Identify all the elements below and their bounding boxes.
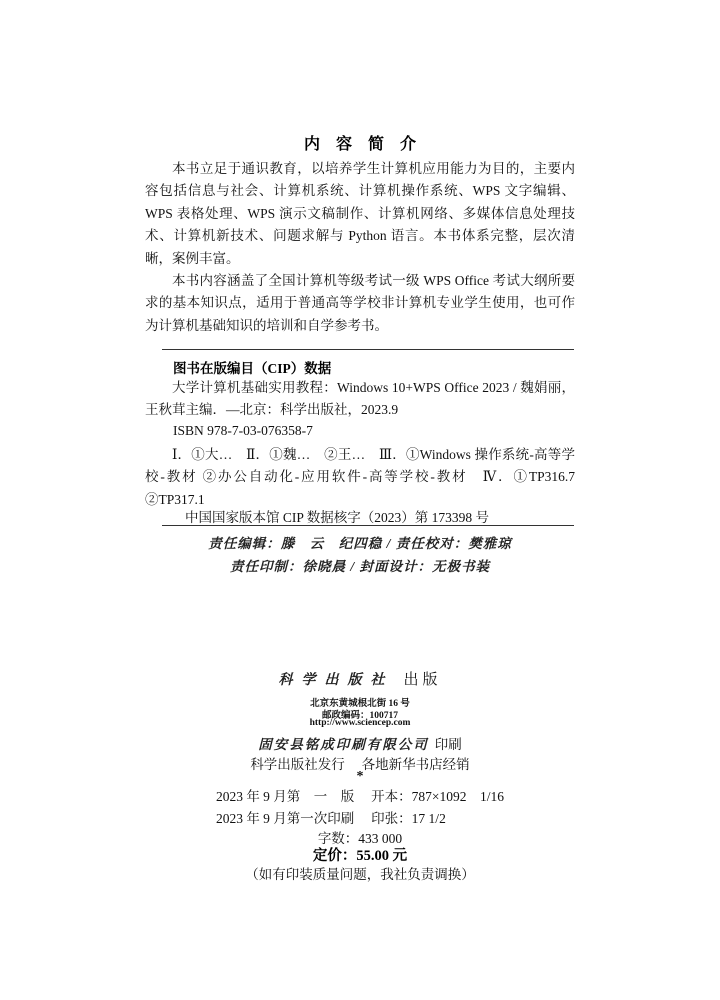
price-line: 定价：55.00 元: [0, 844, 720, 865]
cip-separator-top: [162, 349, 574, 350]
publisher-line: 科学出版社出版: [0, 668, 720, 689]
printer-name: 固安县铭成印刷有限公司: [258, 737, 429, 752]
printer-line: 固安县铭成印刷有限公司印刷: [0, 733, 720, 753]
cip-description: 大学计算机基础实用教程：Windows 10+WPS Office 2023 /…: [145, 377, 575, 422]
cip-classification: Ⅰ．①大… Ⅱ．①魏… ②王… Ⅲ．①Windows 操作系统-高等学校-教材 …: [145, 444, 575, 511]
publisher-logo: 科学出版社: [278, 673, 393, 688]
edition-line: 2023 年 9 月第 一 版 开本：787×1092 1/16: [216, 786, 504, 808]
publish-label: 出版: [403, 672, 441, 688]
asterisk-divider: *: [0, 769, 720, 785]
cip-separator-bottom: [162, 525, 574, 526]
exchange-note: （如有印装质量问题，我社负责调换）: [0, 863, 720, 883]
intro-body: 本书立足于通识教育，以培养学生计算机应用能力为目的，主要内容包括信息与社会、计算…: [145, 158, 575, 337]
edition-block: 2023 年 9 月第 一 版 开本：787×1092 1/16 2023 年 …: [0, 786, 720, 829]
intro-title: 内 容 简 介: [145, 131, 575, 154]
cip-heading: 图书在版编目（CIP）数据: [173, 357, 331, 377]
copyright-page: 内 容 简 介 本书立足于通识教育，以培养学生计算机应用能力为目的，主要内容包括…: [0, 0, 720, 1000]
intro-paragraph-2: 本书内容涵盖了全国计算机等级考试一级 WPS Office 考试大纲所要求的基本…: [145, 270, 575, 337]
cip-description-text: 大学计算机基础实用教程：Windows 10+WPS Office 2023 /…: [145, 377, 575, 422]
cip-classification-text: Ⅰ．①大… Ⅱ．①魏… ②王… Ⅲ．①Windows 操作系统-高等学校-教材 …: [145, 444, 575, 511]
isbn-number: ISBN 978-7-03-076358-7: [173, 423, 313, 439]
intro-paragraph-1: 本书立足于通识教育，以培养学生计算机应用能力为目的，主要内容包括信息与社会、计算…: [145, 158, 575, 270]
printing-line: 2023 年 9 月第一次印刷 印张：17 1/2: [216, 808, 504, 830]
staff-editors-line: 责任编辑：滕 云 纪四稳 / 责任校对：樊雅琼: [0, 532, 720, 552]
publisher-website: http://www.sciencep.com: [0, 718, 720, 728]
staff-production-line: 责任印制：徐晓晨 / 封面设计：无极书装: [0, 555, 720, 575]
printer-label: 印刷: [435, 737, 462, 752]
cip-record-number: 中国国家版本馆 CIP 数据核字（2023）第 173398 号: [185, 506, 489, 526]
